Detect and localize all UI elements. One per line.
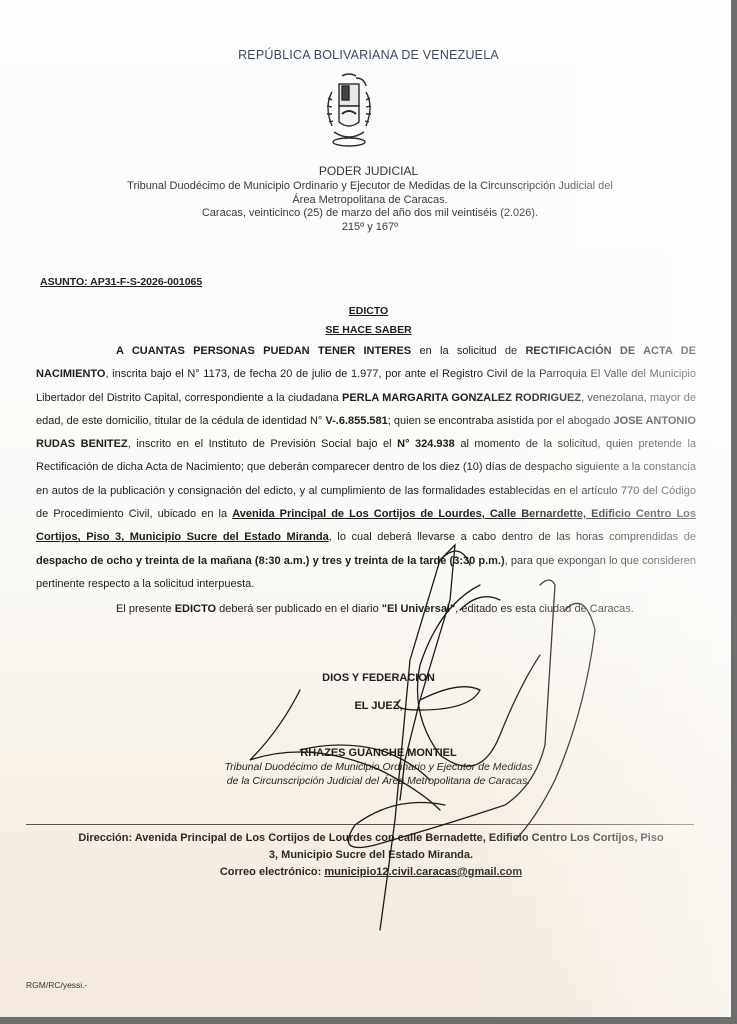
reference-initials: RGM/RC/yessi.-: [26, 980, 87, 990]
edict-body: A CUANTAS PERSONAS PUEDAN TENER INTERES …: [36, 340, 696, 622]
coat-of-arms-icon: [312, 72, 386, 150]
document-page: REPÚBLICA BOLIVARIANA DE VENEZUELA PODER…: [0, 0, 731, 1017]
footer-contact: Dirección: Avenida Principal de Los Cort…: [26, 830, 716, 881]
footer-address-line-1: Dirección: Avenida Principal de Los Cort…: [26, 830, 716, 847]
footer-address-line-2: 3, Municipio Sucre del Estado Miranda.: [26, 847, 716, 864]
edict-paragraph-1: A CUANTAS PERSONAS PUEDAN TENER INTERES …: [36, 340, 696, 596]
edict-subtitle: SE HACE SABER: [0, 324, 731, 336]
applicant-id: V-.6.855.581: [325, 415, 387, 427]
document-date: Caracas, veinticinco (25) de marzo del a…: [40, 207, 700, 221]
judge-name: RHAZES GUANCHE MONTIEL: [0, 747, 731, 759]
footer-divider: [26, 824, 694, 825]
footer-email-line: Correo electrónico: municipio12.civil.ca…: [26, 864, 716, 881]
closing-salutation: DIOS Y FEDERACION: [0, 672, 731, 684]
tribunal-heading: Tribunal Duodécimo de Municipio Ordinari…: [40, 180, 700, 234]
edict-title: EDICTO: [0, 305, 731, 317]
email-link[interactable]: municipio12.civil.caracas@gmail.com: [324, 866, 522, 878]
republic-header: REPÚBLICA BOLIVARIANA DE VENEZUELA: [0, 48, 731, 62]
applicant-name: PERLA MARGARITA GONZALEZ RODRIGUEZ: [342, 392, 581, 404]
tribunal-line-2: Área Metropolitana de Caracas.: [40, 194, 700, 208]
poder-judicial-heading: PODER JUDICIAL: [0, 164, 731, 178]
newspaper-name: "El Universal": [382, 603, 455, 615]
tribunal-line-1: Tribunal Duodécimo de Municipio Ordinari…: [40, 180, 700, 194]
case-number: ASUNTO: AP31-F-S-2026-001065: [40, 276, 202, 288]
judge-label: EL JUEZ,: [0, 700, 731, 712]
edict-paragraph-2: El presente EDICTO deberá ser publicado …: [36, 598, 696, 621]
office-hours: despacho de ocho y treinta de la mañana …: [36, 555, 505, 567]
judge-title: Tribunal Duodécimo de Municipio Ordinari…: [0, 760, 731, 788]
independence-years: 215º y 167º: [40, 221, 700, 235]
